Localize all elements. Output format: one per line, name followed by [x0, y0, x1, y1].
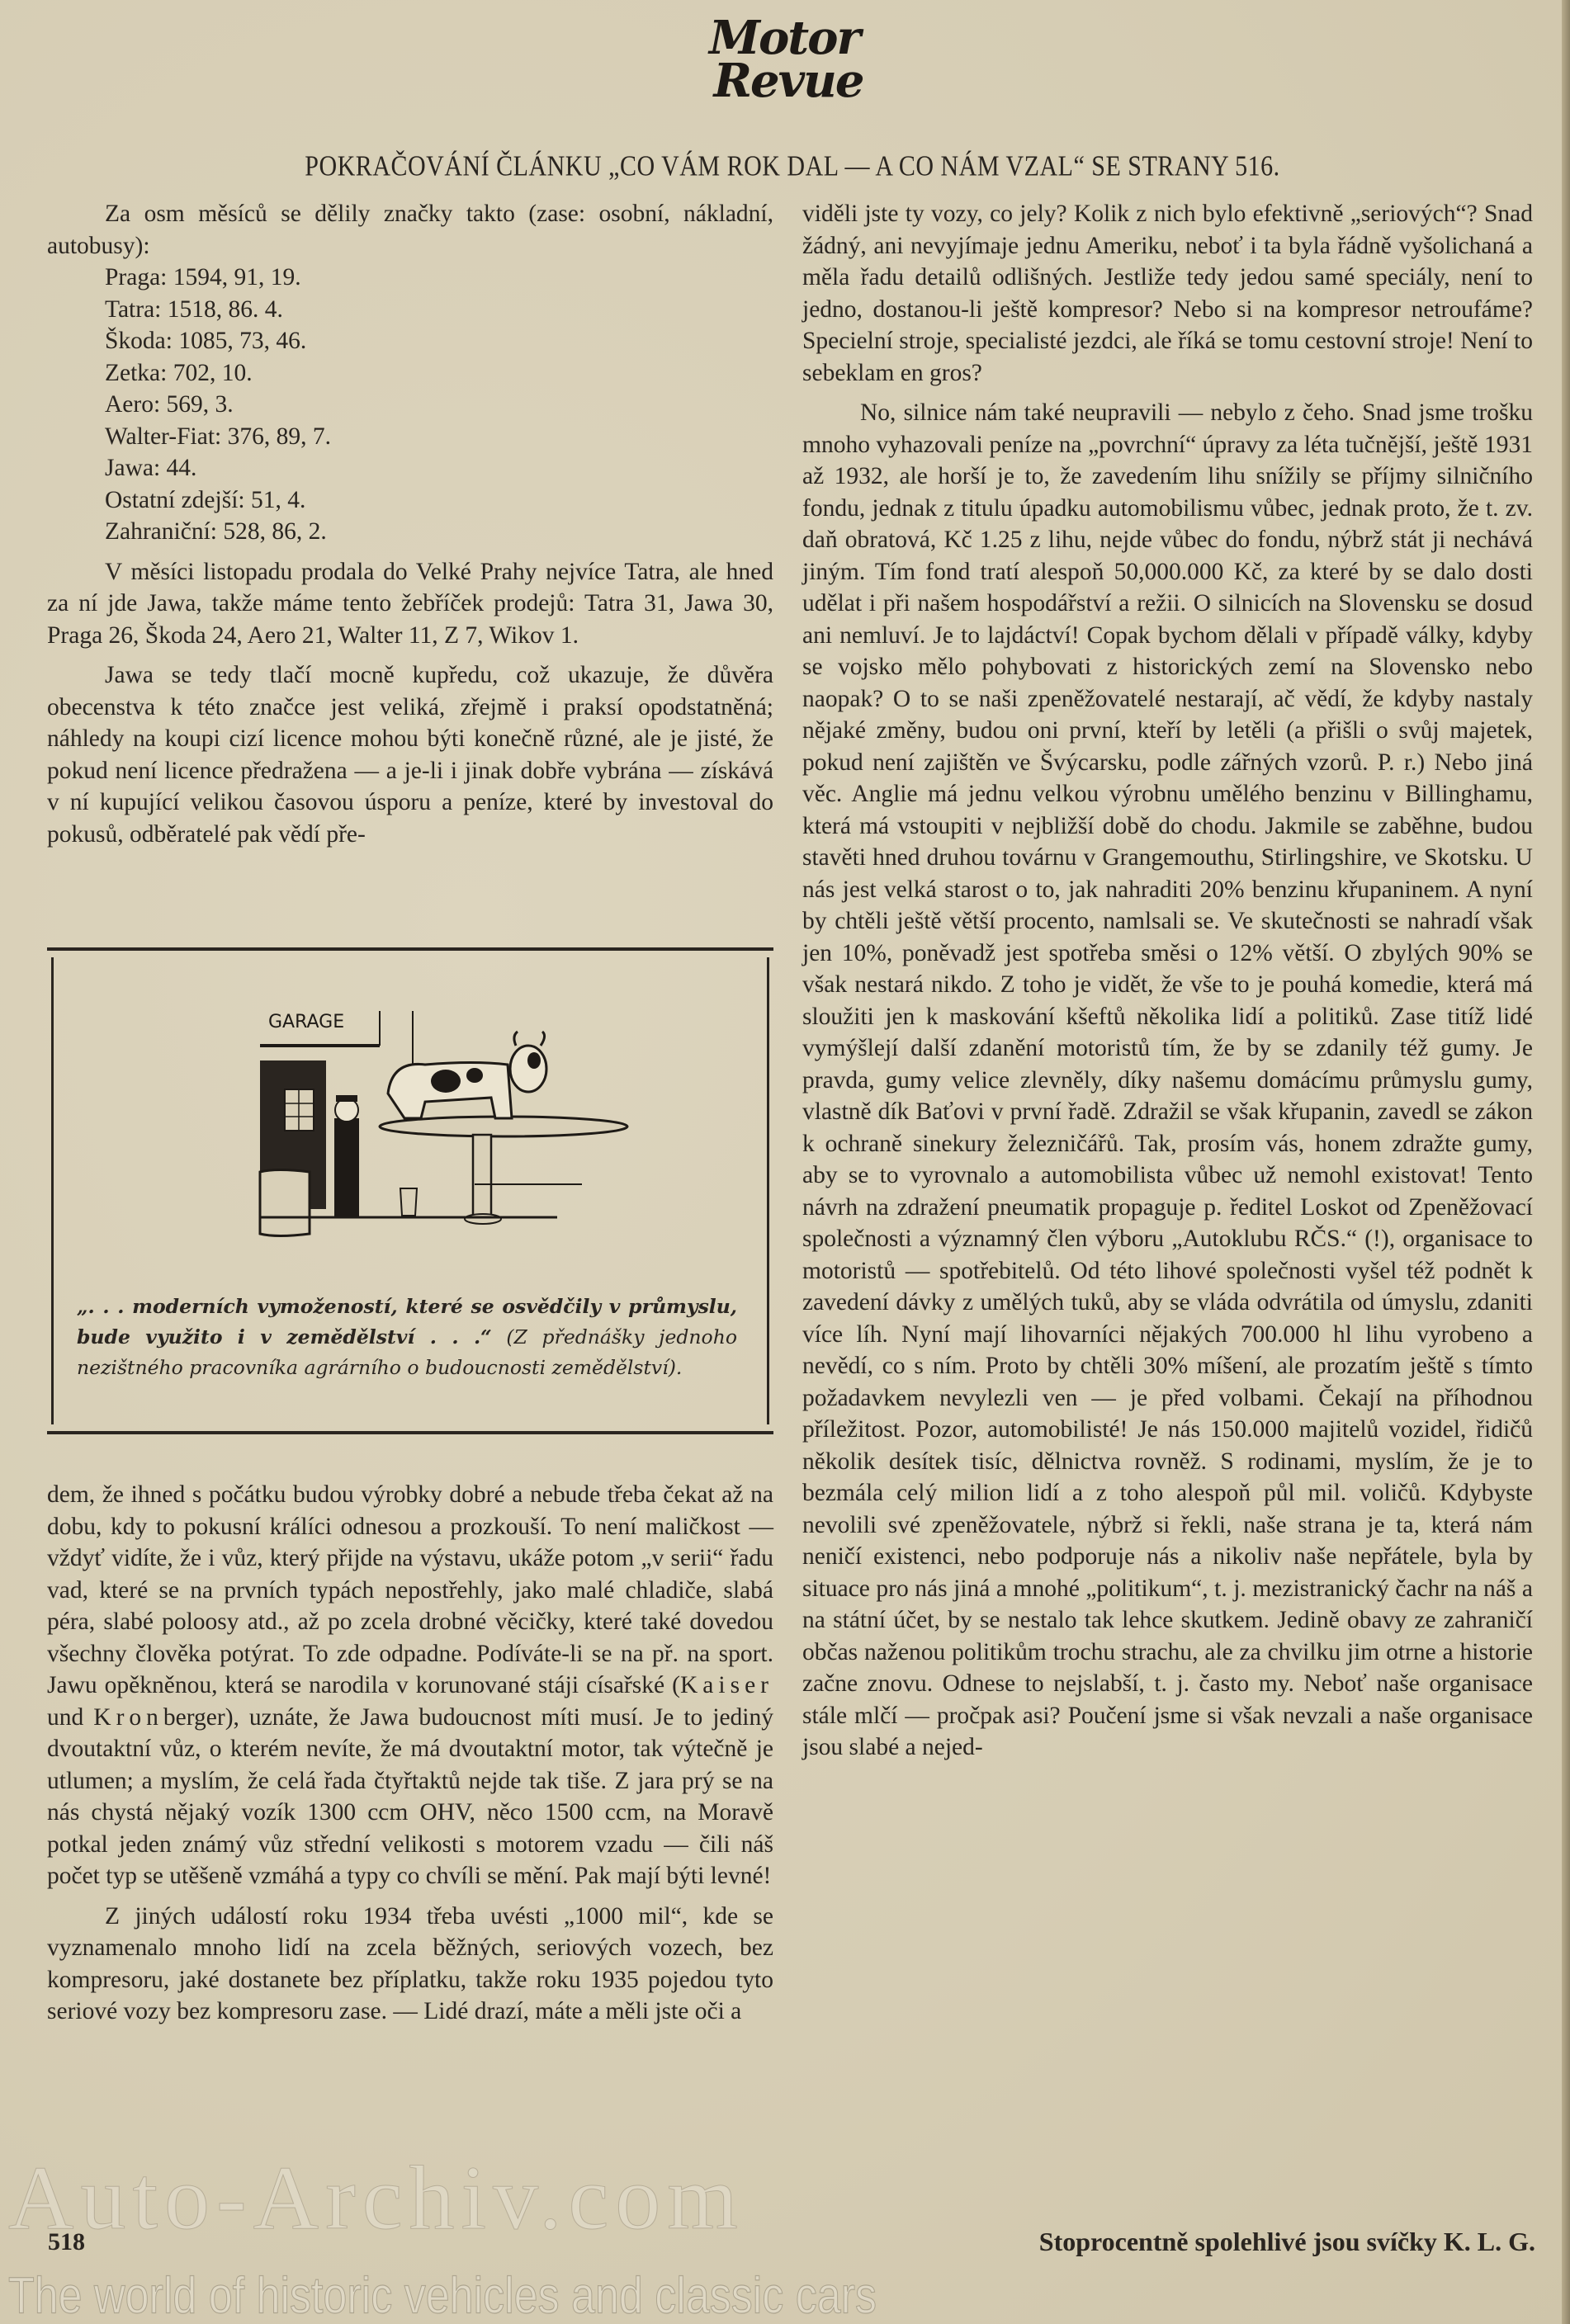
paragraph-november-sales: V měsíci listopadu prodala do Velké Prah…	[47, 556, 773, 652]
watermark-site: Auto-Archiv.com	[8, 2146, 745, 2251]
garage-sign: GARAGE	[268, 1012, 344, 1032]
list-item: Zetka: 702, 10.	[105, 357, 773, 390]
name-kronberger: Kron	[93, 1704, 163, 1731]
list-item: Škoda: 1085, 73, 46.	[105, 325, 773, 357]
footer-advert: Stoprocentně spolehlivé jsou svíčky K. L…	[1039, 2227, 1535, 2257]
masthead-line-2: Revue	[710, 59, 867, 102]
masthead-logo: Motor Revue	[702, 17, 867, 124]
paragraph-serial-cars: viděli jste ty vozy, co jely? Kolik z ni…	[802, 198, 1533, 389]
continuation-headline: POKRAČOVÁNÍ ČLÁNKU „CO VÁM ROK DAL — A C…	[157, 150, 1428, 182]
list-item: Zahraniční: 528, 86, 2.	[105, 516, 773, 548]
list-item: Praga: 1594, 91, 19.	[105, 262, 773, 294]
watermark-tagline: The world of historic vehicles and class…	[8, 2266, 877, 2324]
paragraph-continued: dem, že ihned s počátku budou výrobky do…	[47, 1479, 773, 1892]
brand-stats-list: Praga: 1594, 91, 19. Tatra: 1518, 86. 4.…	[105, 262, 773, 548]
cartoon-caption: „. . . moderních vymožeností, které se o…	[77, 1292, 737, 1383]
paragraph-roads-fund: No, silnice nám také neupravili — nebylo…	[802, 397, 1533, 1764]
left-column-bottom: dem, že ihned s počátku budou výrobky do…	[47, 1479, 773, 2028]
cow-garage-cartoon-illustration: GARAGE	[227, 994, 656, 1259]
cartoon-box: GARAGE	[47, 947, 773, 1434]
paragraph-intro: Za osm měsíců se dělily značky takto (za…	[47, 198, 773, 262]
list-item: Jawa: 44.	[105, 452, 773, 484]
list-item: Walter-Fiat: 376, 89, 7.	[105, 421, 773, 453]
page-edge-shadow	[1562, 0, 1570, 2324]
paragraph-1000-mil: Z jiných událostí roku 1934 třeba uvésti…	[47, 1901, 773, 2028]
paragraph-jawa: Jawa se tedy tlačí mocně kupředu, což uk…	[47, 659, 773, 850]
list-item: Tatra: 1518, 86. 4.	[105, 294, 773, 326]
right-column: viděli jste ty vozy, co jely? Kolik z ni…	[802, 198, 1533, 1764]
list-item: Aero: 569, 3.	[105, 389, 773, 421]
page-number: 518	[48, 2228, 85, 2256]
list-item: Ostatní zdejší: 51, 4.	[105, 484, 773, 517]
magazine-page: Motor Revue POKRAČOVÁNÍ ČLÁNKU „CO VÁM R…	[0, 0, 1570, 2324]
left-column-top: Za osm měsíců se dělily značky takto (za…	[47, 198, 773, 850]
name-kaiser: Kaiser	[680, 1672, 773, 1698]
